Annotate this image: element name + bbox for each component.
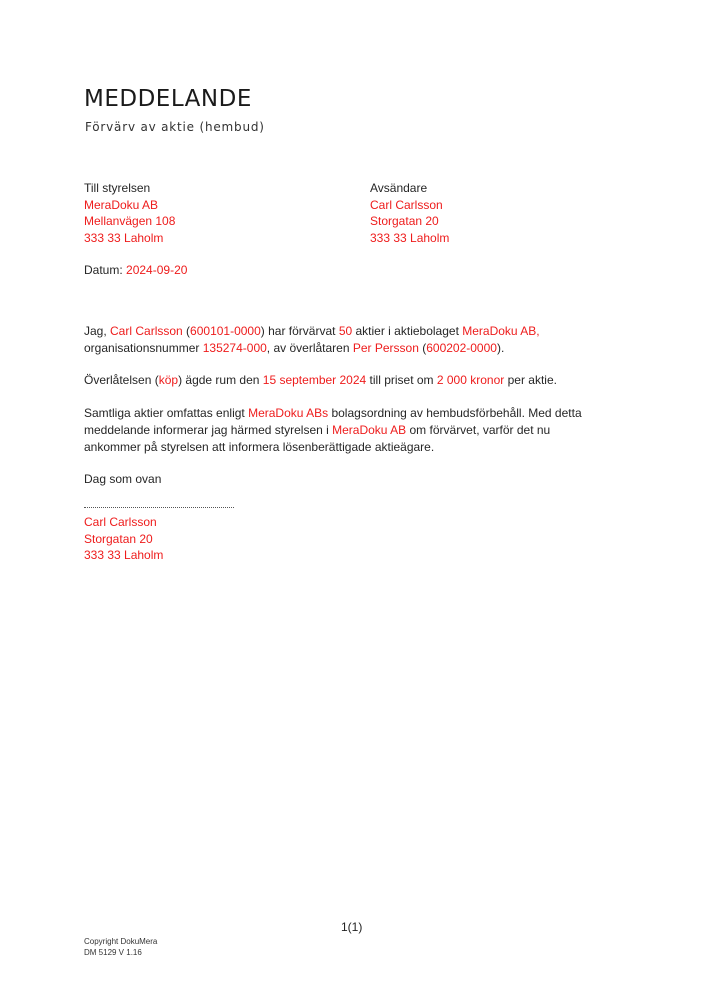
text: ) har förvärvat xyxy=(261,324,339,338)
paragraph-acquisition: Jag, Carl Carlsson (600101-0000) har för… xyxy=(84,323,624,356)
recipient-company: MeraDoku AB xyxy=(84,197,175,214)
transfer-date: 15 september 2024 xyxy=(263,373,366,387)
page-number: 1(1) xyxy=(341,920,362,934)
text: ) ägde rum den xyxy=(178,373,263,387)
date-value: 2024-09-20 xyxy=(126,263,187,277)
seller-name: Per Persson xyxy=(353,341,419,355)
paragraph-notice: Samtliga aktier omfattas enligt MeraDoku… xyxy=(84,405,624,455)
buyer-name: Carl Carlsson xyxy=(110,324,183,338)
company-name: MeraDoku AB xyxy=(332,423,406,437)
buyer-id: 600101-0000 xyxy=(190,324,261,338)
seller-id: 600202-0000 xyxy=(426,341,497,355)
share-count: 50 xyxy=(339,324,352,338)
text: ankommer på styrelsen att informera löse… xyxy=(84,440,434,454)
date-line: Datum: 2024-09-20 xyxy=(84,262,187,278)
recipient-label: Till styrelsen xyxy=(84,180,175,197)
text: Överlåtelsen ( xyxy=(84,373,159,387)
text: till priset om xyxy=(366,373,437,387)
company-possessive: MeraDoku ABs xyxy=(248,406,328,420)
signature-street: Storgatan 20 xyxy=(84,531,234,548)
signature-block: Carl Carlsson Storgatan 20 333 33 Laholm xyxy=(84,499,234,564)
sender-postal: 333 33 Laholm xyxy=(370,230,449,247)
footer-doc-id: DM 5129 V 1.16 xyxy=(84,947,157,958)
letter-body: Jag, Carl Carlsson (600101-0000) har för… xyxy=(84,323,624,504)
text: om förvärvet, varför det nu xyxy=(406,423,550,437)
recipient-postal: 333 33 Laholm xyxy=(84,230,175,247)
price: 2 000 kronor xyxy=(437,373,504,387)
text: organisationsnummer xyxy=(84,341,203,355)
document-title: MEDDELANDE xyxy=(84,86,252,112)
closing-line: Dag som ovan xyxy=(84,471,624,488)
transfer-type: köp xyxy=(159,373,178,387)
document-subtitle: Förvärv av aktie (hembud) xyxy=(85,120,265,134)
text: ). xyxy=(497,341,504,355)
date-label: Datum: xyxy=(84,263,123,277)
footer: Copyright DokuMera DM 5129 V 1.16 xyxy=(84,936,157,958)
recipient-street: Mellanvägen 108 xyxy=(84,213,175,230)
sender-label: Avsändare xyxy=(370,180,449,197)
org-number: 135274-000 xyxy=(203,341,267,355)
sender-block: Avsändare Carl Carlsson Storgatan 20 333… xyxy=(370,180,449,247)
text: per aktie. xyxy=(504,373,557,387)
text: ( xyxy=(183,324,190,338)
signature-line xyxy=(84,507,234,508)
signature-postal: 333 33 Laholm xyxy=(84,547,234,564)
sender-name: Carl Carlsson xyxy=(370,197,449,214)
signature-name: Carl Carlsson xyxy=(84,514,234,531)
text: Jag, xyxy=(84,324,110,338)
text: meddelande informerar jag härmed styrels… xyxy=(84,423,332,437)
sender-street: Storgatan 20 xyxy=(370,213,449,230)
text: Samtliga aktier omfattas enligt xyxy=(84,406,248,420)
recipient-block: Till styrelsen MeraDoku AB Mellanvägen 1… xyxy=(84,180,175,247)
footer-copyright: Copyright DokuMera xyxy=(84,936,157,947)
text: bolagsordning av hembudsförbehåll. Med d… xyxy=(328,406,582,420)
text: aktier i aktiebolaget xyxy=(352,324,462,338)
text: , av överlåtaren xyxy=(267,341,353,355)
paragraph-transfer: Överlåtelsen (köp) ägde rum den 15 septe… xyxy=(84,372,624,389)
company-name: MeraDoku AB, xyxy=(462,324,539,338)
